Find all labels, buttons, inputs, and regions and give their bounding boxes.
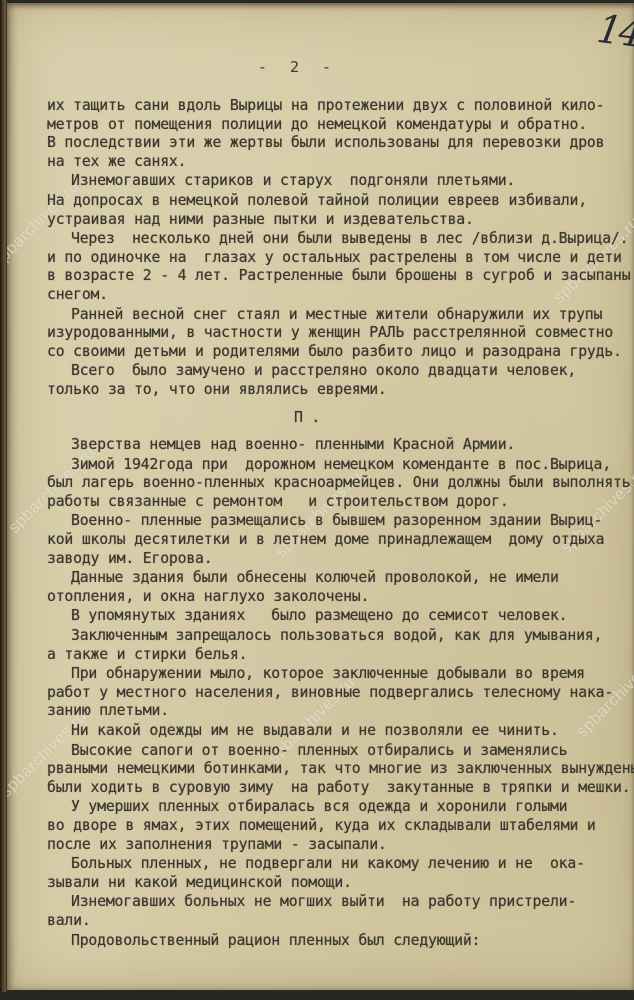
text-line: На допросах в немецкой полевой тайной по… xyxy=(47,192,634,211)
paragraph: На допросах в немецкой полевой тайной по… xyxy=(47,192,634,229)
paragraph: Военно- пленные размещались в бывшем раз… xyxy=(47,512,634,568)
paragraph: Больных пленных, не подвергали ни какому… xyxy=(47,855,634,892)
text-line: Всего было замучено и расстреляно около … xyxy=(47,362,634,381)
paragraph: В упомянутых зданиях было размещено до с… xyxy=(47,607,634,626)
text-line: отопления, и окна наглухо заколочены. xyxy=(47,588,634,607)
text-line: Больных пленных, не подвергали ни какому… xyxy=(47,855,634,874)
text-line: Зимой 1942года при дорожном немецком ком… xyxy=(47,456,634,475)
paragraph: Продовольственный рацион пленных был сле… xyxy=(47,932,634,951)
text-line: их тащить сани вдоль Вырицы на протежени… xyxy=(47,97,634,116)
paragraph: Заключенным запрещалось пользоваться вод… xyxy=(47,627,634,664)
text-line: При обнаружении мыло, которое заключенны… xyxy=(47,665,634,684)
text-line: во дворе в ямах, этих помещений, куда их… xyxy=(47,817,634,836)
text-line: Ни какой одежды им не выдавали и не позв… xyxy=(47,722,634,741)
section-header: П . xyxy=(47,409,634,428)
text-line: Продовольственный рацион пленных был сле… xyxy=(47,932,634,951)
text-line: изуродованными, в частности у женщин РАЛ… xyxy=(47,324,634,343)
text-line: вали. xyxy=(47,912,634,931)
paragraph: Зимой 1942года при дорожном немецком ком… xyxy=(47,456,634,512)
paragraph: Ранней весной снег стаял и местные жител… xyxy=(47,306,634,362)
text-line: Данные здания были обнесены колючей пров… xyxy=(47,569,634,588)
text-line: занию плетьми. xyxy=(47,702,634,721)
text-line: работ у местного населения, виновные под… xyxy=(47,684,634,703)
text-line: В последствии эти же жертвы были использ… xyxy=(47,134,634,153)
paragraph: Данные здания были обнесены колючей пров… xyxy=(47,569,634,606)
text-line: У умерших пленных отбиралась вся одежда … xyxy=(47,798,634,817)
text-line: и по одиночке на глазах у остальных раст… xyxy=(47,249,634,268)
text-line: Заключенным запрещалось пользоваться вод… xyxy=(47,627,634,646)
text-line: Ранней весной снег стаял и местные жител… xyxy=(47,306,634,325)
text-line: зывали ни какой медицинской помощи. xyxy=(47,874,634,893)
paragraph: У умерших пленных отбиралась вся одежда … xyxy=(47,798,634,854)
text-line: кой школы десятилетки и в летнем доме пр… xyxy=(47,531,634,550)
text-line: рваными немецкими ботинками, так что мно… xyxy=(47,760,634,779)
text-line: Изнемогавших больных не могших выйти на … xyxy=(47,893,634,912)
text-line: Военно- пленные размещались в бывшем раз… xyxy=(47,512,634,531)
text-line: работы связанные с ремонтом и строительс… xyxy=(47,493,634,512)
text-line: в возрасте 2 - 4 лет. Растреленные были … xyxy=(47,267,634,286)
text-line: Через несколько дней они были выведены в… xyxy=(47,230,634,249)
text-line: В упомянутых зданиях было размещено до с… xyxy=(47,607,634,626)
handwritten-page-number: 14 xyxy=(590,6,634,55)
paragraph: При обнаружении мыло, которое заключенны… xyxy=(47,665,634,721)
text-line: устраивая над ними разные пытки и издева… xyxy=(47,211,634,230)
paragraph: Ни какой одежды им не выдавали и не позв… xyxy=(47,722,634,741)
paragraph: Изнемогавших больных не могших выйти на … xyxy=(47,893,634,930)
paragraph: Через несколько дней они были выведены в… xyxy=(47,230,634,304)
paragraph: Зверства немцев над военно- пленными Кра… xyxy=(47,436,634,455)
text-line: Высокие сапоги от военно- пленных отбира… xyxy=(47,742,634,761)
text-line: метров от помещения полиции до немецкой … xyxy=(47,116,634,135)
scan-left-edge xyxy=(0,0,7,992)
text-line: был лагерь военно-пленных красноармейцев… xyxy=(47,474,634,493)
text-line: снегом. xyxy=(47,286,634,305)
text-line: а также и стирки белья. xyxy=(47,646,634,665)
text-line: после их заполнения трупами - засыпали. xyxy=(47,836,634,855)
text-line: Зверства немцев над военно- пленными Кра… xyxy=(47,436,634,455)
page-number-header: - 2 - xyxy=(240,58,350,76)
document-text: их тащить сани вдоль Вырицы на протежени… xyxy=(47,96,634,950)
paragraph: Всего было замучено и расстреляно около … xyxy=(47,362,634,399)
paragraph: Изнемогавших стариков и старух подгоняли… xyxy=(47,172,634,191)
text-line: со своими детьми и родителями было разби… xyxy=(47,343,634,362)
text-line: только за то, что они являлись евреями. xyxy=(47,381,634,400)
document-page: spbarchives.ru spbarchives.ru spbarchive… xyxy=(7,3,634,990)
text-line: были ходить в суровую зиму на работу зак… xyxy=(47,779,634,798)
paragraph: Высокие сапоги от военно- пленных отбира… xyxy=(47,742,634,798)
text-line: Изнемогавших стариков и старух подгоняли… xyxy=(47,172,634,191)
paragraph: их тащить сани вдоль Вырицы на протежени… xyxy=(47,97,634,171)
text-line: П . xyxy=(294,409,634,428)
text-line: заводу им. Егорова. xyxy=(47,550,634,569)
text-line: на тех же санях. xyxy=(47,153,634,172)
